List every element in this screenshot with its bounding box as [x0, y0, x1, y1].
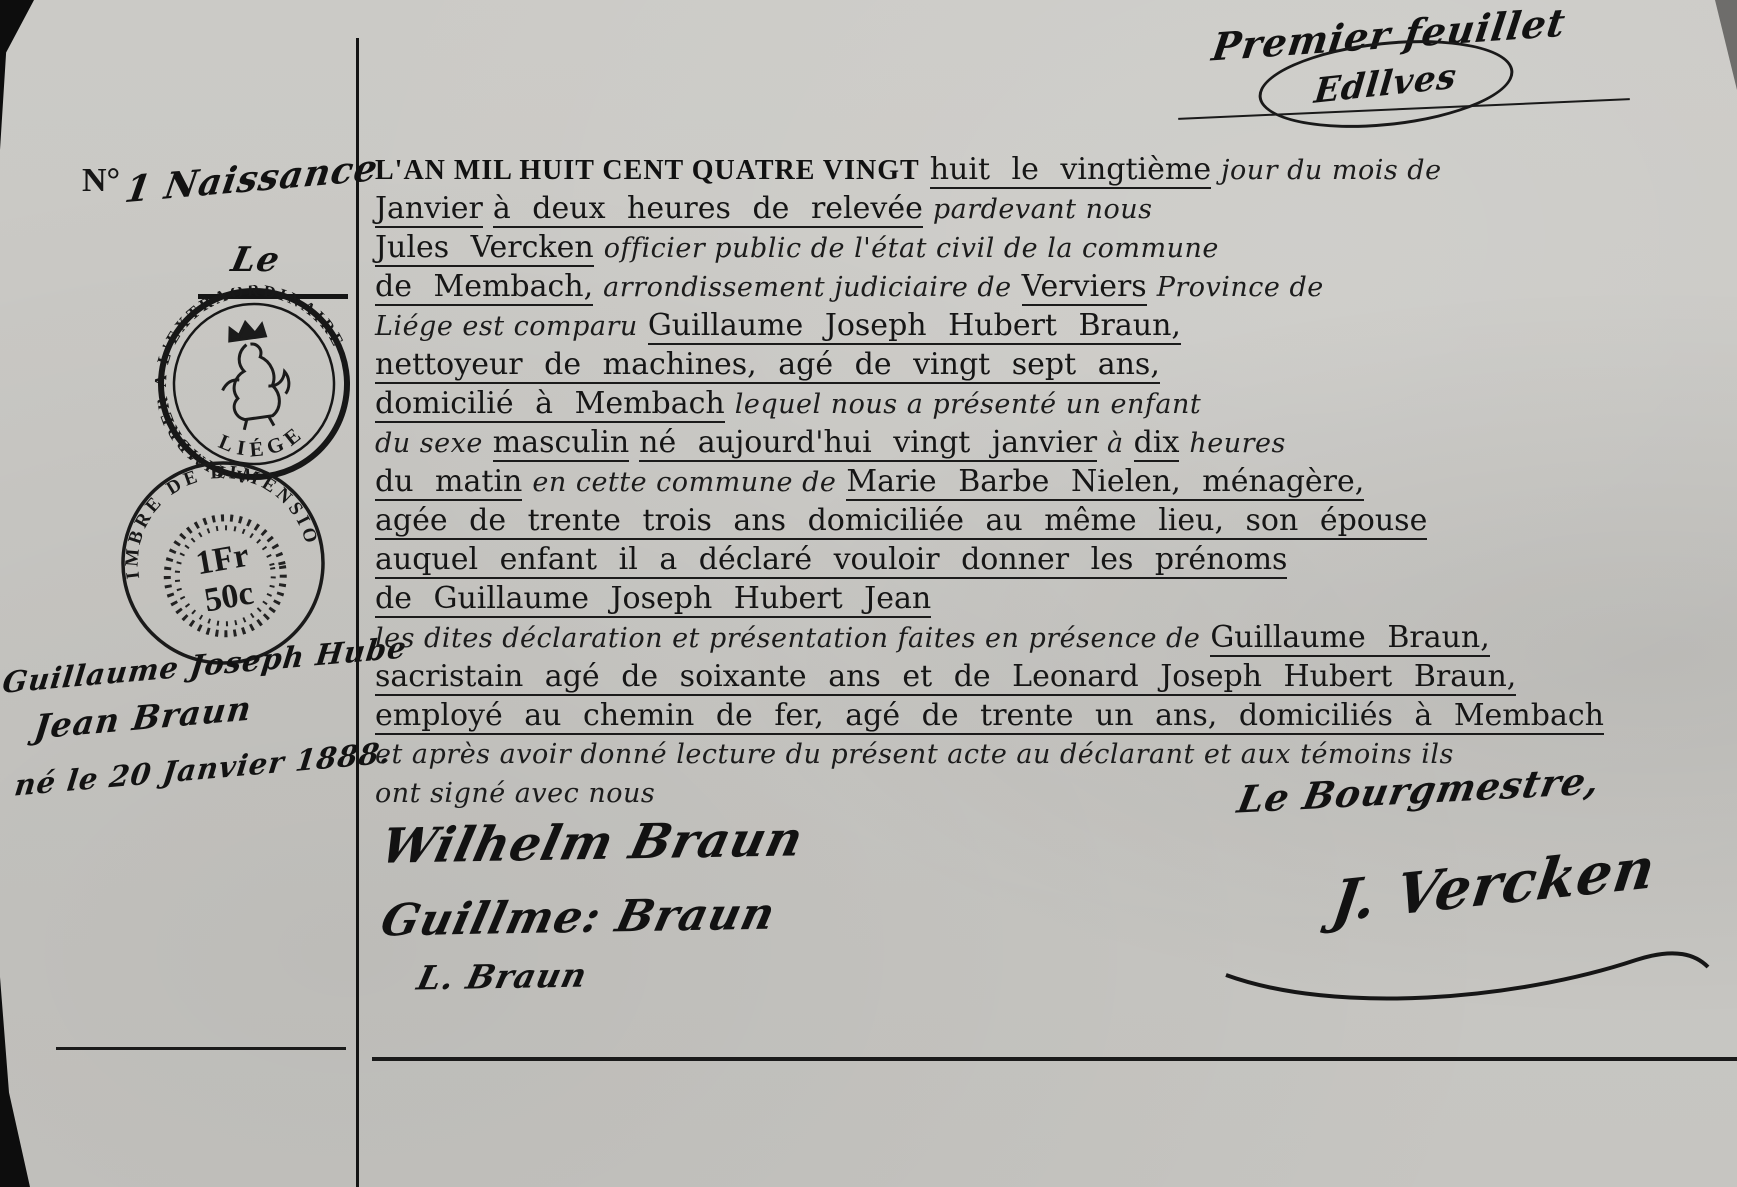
act-line: du sexemasculinné aujourd'hui vingt janv… — [375, 423, 1709, 462]
act-text-segment: lequel nous a présenté un enfant — [735, 389, 1202, 420]
signature-guillme-braun: Guillme: Braun — [376, 888, 780, 946]
act-text-segment: sacristain agé de soixante ans et de Leo… — [375, 659, 1516, 694]
margin-vertical-rule — [356, 38, 359, 1187]
act-line: sacristain agé de soixante ans et de Leo… — [375, 657, 1709, 696]
act-text-segment: nettoyeur de machines, agé de vingt sept… — [375, 347, 1160, 382]
act-text-segment: du matin — [375, 464, 522, 499]
stamp-dimension-value-2: 50c — [202, 574, 257, 619]
act-text-segment: Marie Barbe Nielen, ménagère, — [846, 464, 1364, 499]
act-number-label: N° — [82, 162, 120, 199]
act-line: L'AN MIL HUIT CENT QUATRE VINGThuit le v… — [375, 150, 1709, 189]
act-body: L'AN MIL HUIT CENT QUATRE VINGThuit le v… — [375, 150, 1709, 813]
act-text-segment: les dites déclaration et présentation fa… — [375, 623, 1200, 654]
act-text-segment: heures — [1189, 428, 1286, 459]
act-text-segment: Province de — [1157, 272, 1324, 303]
act-line: les dites déclaration et présentation fa… — [375, 618, 1709, 657]
act-text-segment: officier public de l'état civil de la co… — [604, 233, 1219, 264]
act-text-segment: Verviers — [1022, 269, 1147, 304]
act-text-segment: Jules Vercken — [375, 230, 594, 265]
margin-le: Le — [228, 240, 284, 280]
act-line: Janvierà deux heures de relevéepardevant… — [375, 189, 1709, 228]
scan-edge-top-right — [1715, 0, 1737, 90]
act-text-segment: du sexe — [375, 428, 483, 459]
act-text-segment: né aujourd'hui vingt janvier — [639, 425, 1097, 460]
act-text-segment: domicilié à Membach — [375, 386, 725, 421]
act-text-segment: à deux heures de relevée — [493, 191, 923, 226]
act-text-segment: à — [1107, 428, 1124, 459]
margin-bottom-rule — [56, 1047, 346, 1050]
signature-l-braun: L. Braun — [413, 955, 591, 997]
act-text-segment: Guillaume Braun, — [1210, 620, 1489, 655]
act-text-segment: auquel enfant il a déclaré vouloir donne… — [375, 542, 1287, 577]
act-text-segment: et après avoir donné lecture du présent … — [375, 739, 1454, 770]
act-text-segment: pardevant nous — [933, 194, 1153, 225]
act-line: agée de trente trois ans domiciliée au m… — [375, 501, 1709, 540]
act-text-segment: Janvier — [375, 191, 483, 226]
scan-edge-top-left — [0, 0, 34, 150]
act-text-segment: de Guillaume Joseph Hubert Jean — [375, 581, 931, 616]
scan-edge-bottom-left — [0, 977, 30, 1187]
oval-paraph-text: Edllves — [1313, 56, 1460, 112]
act-number: N° 1 Naissance — [82, 158, 379, 200]
act-line: de Guillaume Joseph Hubert Jean — [375, 579, 1709, 618]
act-text-segment: jour du mois de — [1221, 155, 1441, 186]
act-text-segment: masculin — [493, 425, 629, 460]
act-text-segment: Guillaume Joseph Hubert Braun, — [648, 308, 1181, 343]
act-line: Jules Verckenofficier public de l'état c… — [375, 228, 1709, 267]
act-line: nettoyeur de machines, agé de vingt sept… — [375, 345, 1709, 384]
act-text-segment: ont signé avec nous — [375, 778, 655, 809]
act-line: domicilié à Membachlequel nous a présent… — [375, 384, 1709, 423]
signature-wilhelm-braun: Wilhelm Braun — [376, 811, 809, 875]
act-text-segment: Liége est comparu — [375, 311, 638, 342]
act-text-segment: agée de trente trois ans domiciliée au m… — [375, 503, 1427, 538]
act-line: Liége est comparuGuillaume Joseph Hubert… — [375, 306, 1709, 345]
act-line: auquel enfant il a déclaré vouloir donne… — [375, 540, 1709, 579]
act-text-segment: L'AN MIL HUIT CENT QUATRE VINGT — [375, 155, 920, 186]
act-text-segment: employé au chemin de fer, agé de trente … — [375, 698, 1604, 733]
act-text-segment: huit le vingtième — [930, 152, 1211, 187]
margin-note-birthdate: né le 20 Janvier 1888. — [13, 735, 394, 802]
act-number-value: 1 Naissance — [122, 147, 381, 212]
act-bottom-rule — [372, 1057, 1737, 1061]
scanned-birth-certificate: Premier feuillet Edllves N° 1 Naissance … — [0, 0, 1737, 1187]
act-text-segment: en cette commune de — [532, 467, 836, 498]
act-text-segment: arrondissement judiciaire de — [603, 272, 1011, 303]
act-line: de Membach,arrondissement judiciaire deV… — [375, 267, 1709, 306]
act-line: du matinen cette commune deMarie Barbe N… — [375, 462, 1709, 501]
act-text-segment: de Membach, — [375, 269, 593, 304]
margin-note-name-2: Jean Braun — [32, 688, 254, 747]
act-text-segment: dix — [1134, 425, 1180, 460]
act-line: employé au chemin de fer, agé de trente … — [375, 696, 1709, 735]
crowned-lion-icon — [214, 318, 295, 432]
signature-flourish — [1216, 905, 1716, 1015]
